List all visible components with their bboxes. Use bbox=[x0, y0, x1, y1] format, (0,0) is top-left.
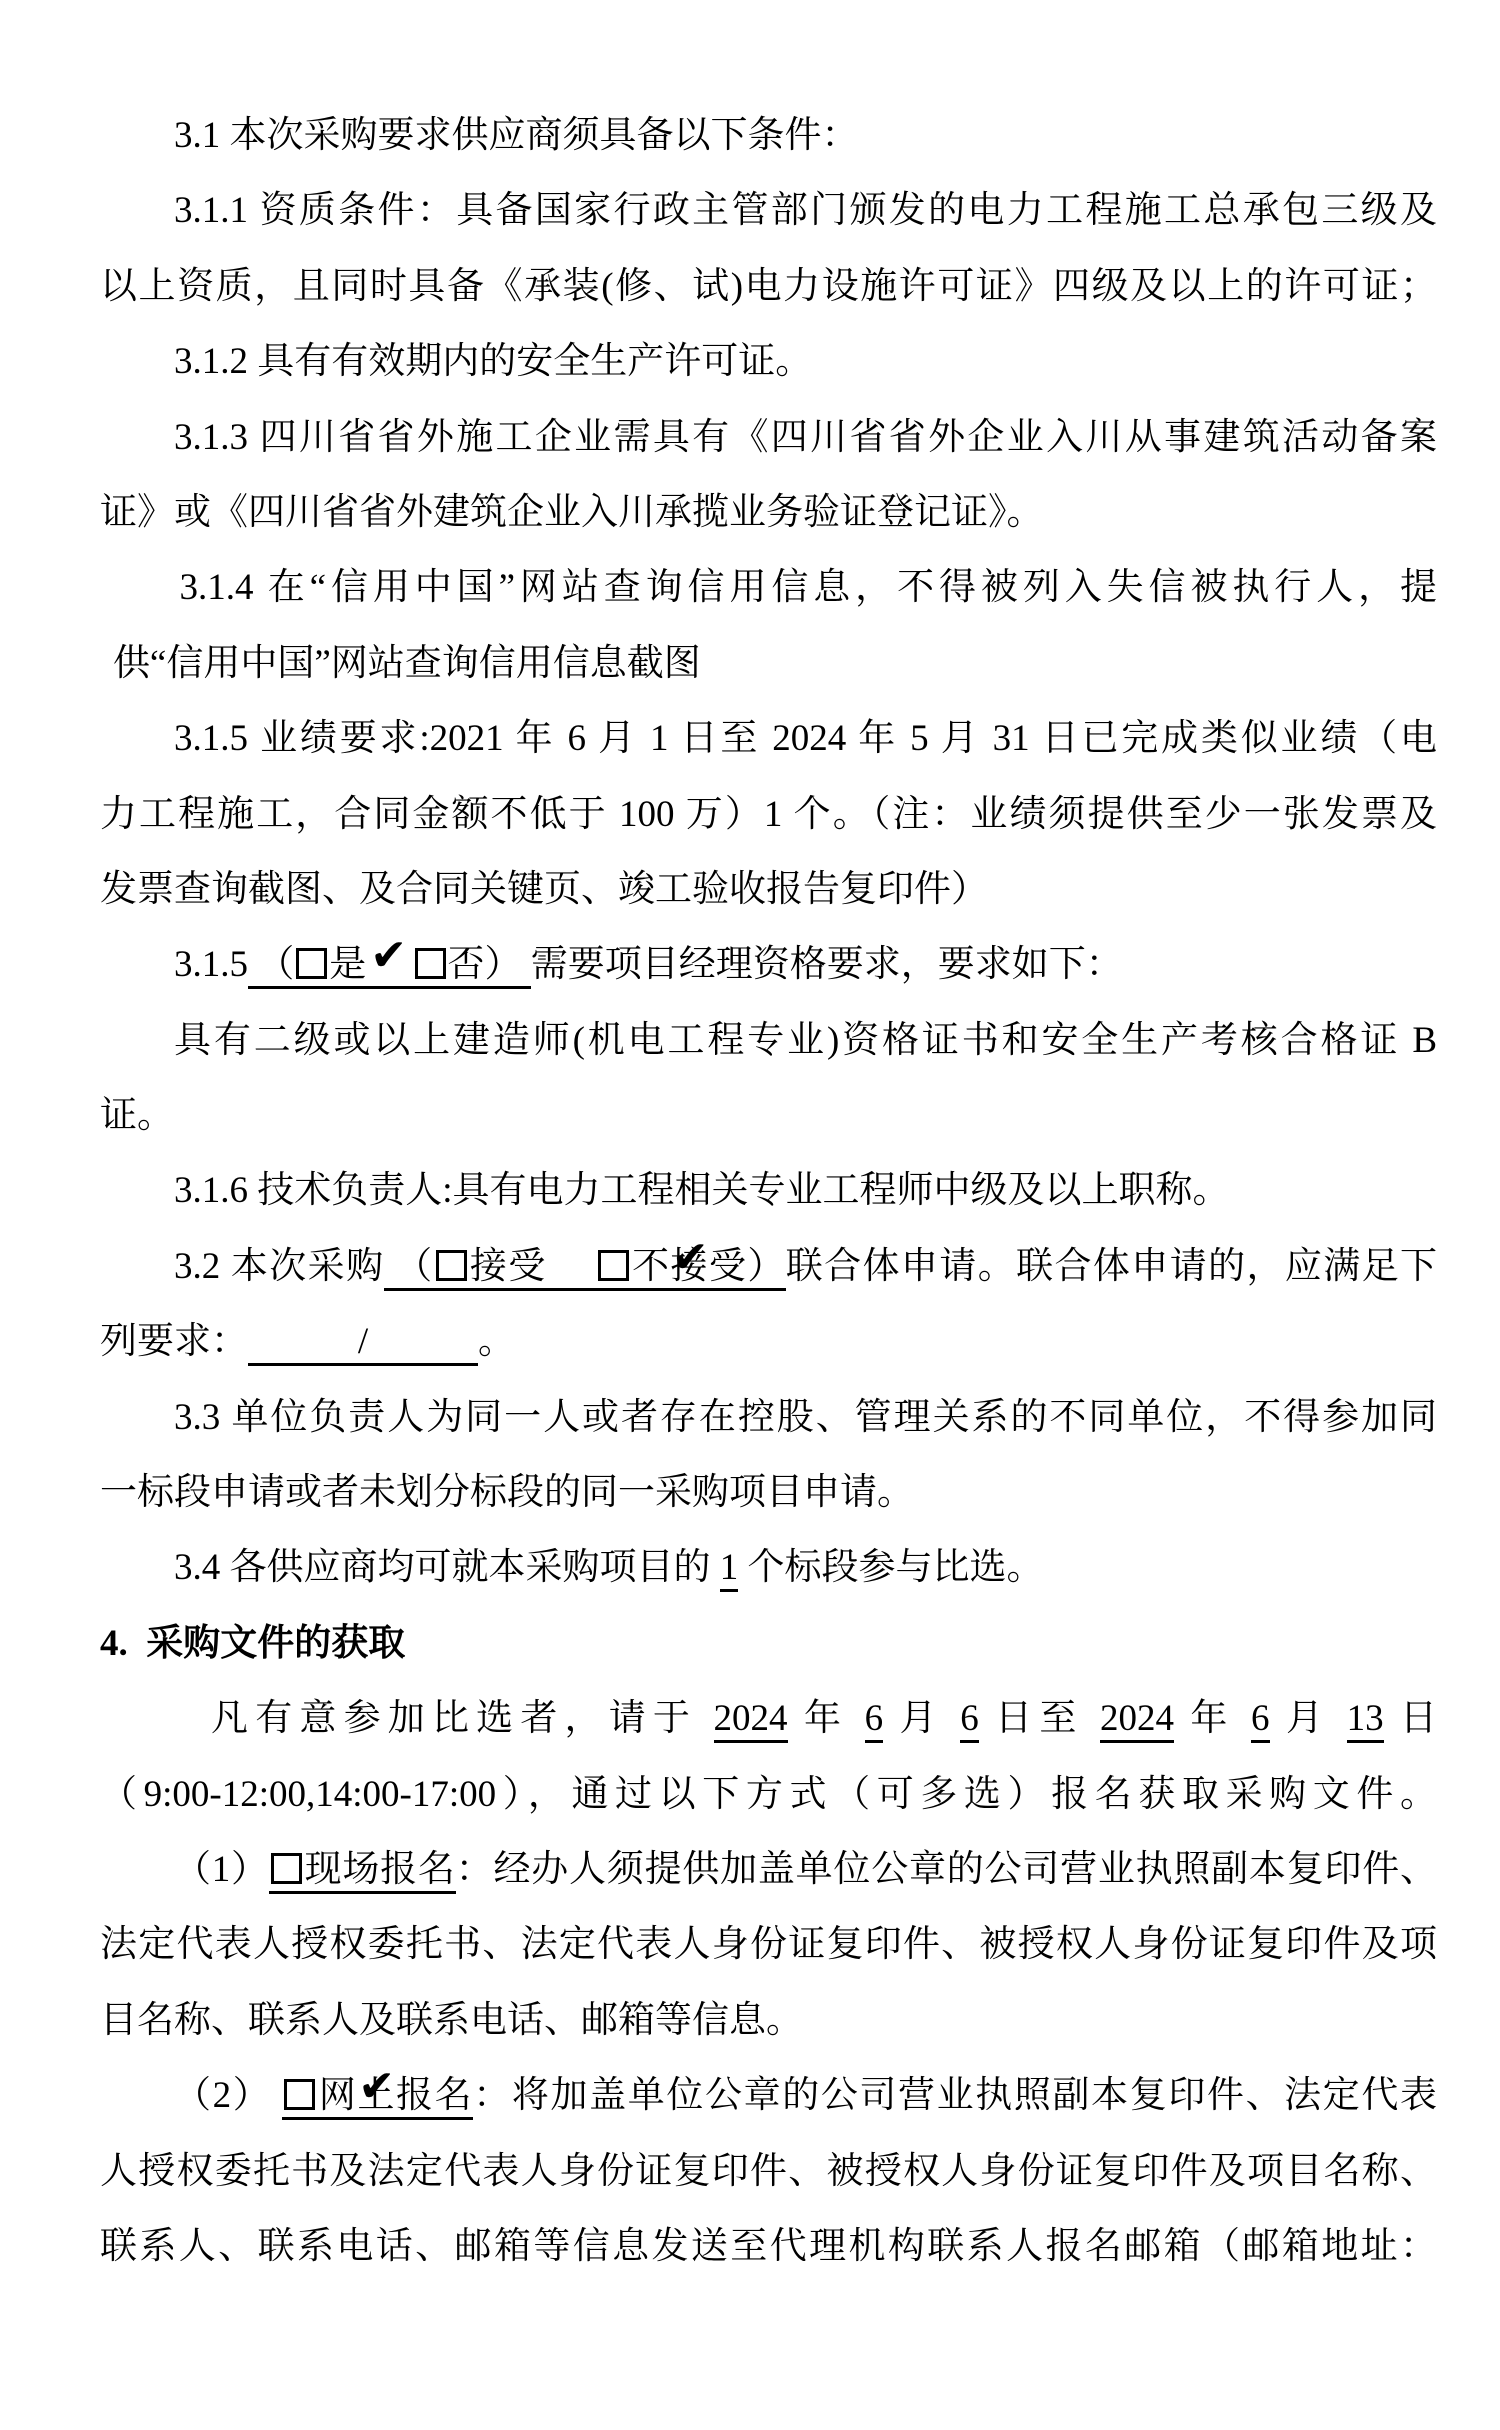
text-run: 列要求： bbox=[100, 1321, 248, 1362]
text-line: 发票查询截图、及合同关键页、竣工验收报告复印件） bbox=[100, 852, 1437, 927]
text-run: 3.4 各供应商均可就本采购项目的 bbox=[174, 1547, 720, 1588]
text-run: 日至 bbox=[979, 1698, 1100, 1739]
text-line: 联系人、联系电话、邮箱等信息发送至代理机构联系人报名邮箱（邮箱地址： bbox=[100, 2209, 1437, 2284]
text-run: 供“信用中国”网站查询信用信息截图 bbox=[113, 643, 701, 684]
underlined-segment: （是 否） bbox=[248, 944, 531, 989]
text-run: 3.3 单位负责人为同一人或者存在控股、管理关系的不同单位，不得参加同 bbox=[174, 1397, 1437, 1438]
text-run: 接受 bbox=[469, 1246, 596, 1287]
text-run: 法定代表人授权委托书、法定代表人身份证复印件、被授权人身份证复印件及项 bbox=[100, 1924, 1437, 1965]
text-run: （1） bbox=[174, 1849, 269, 1890]
text-run: 证》或《四川省省外建筑企业入川承揽业务验证登记证》。 bbox=[100, 492, 1044, 533]
text-line: 3.1.5 （是 否） 需要项目经理资格要求，要求如下： bbox=[100, 927, 1437, 1002]
text-run: 3.1.3 四川省省外施工企业需具有《四川省省外企业入川从事建筑活动备案 bbox=[174, 417, 1437, 458]
underlined-segment: 现场报名 bbox=[269, 1849, 456, 1894]
text-run: 2024 bbox=[1100, 1698, 1174, 1743]
text-run: 一标段申请或者未划分标段的同一采购项目申请。 bbox=[100, 1472, 914, 1513]
text-run: 月 bbox=[883, 1698, 960, 1739]
text-line: 3.2 本次采购 （接受 不接受）联合体申请。联合体申请的，应满足下 bbox=[100, 1229, 1437, 1304]
text-run: 4. 采购文件的获取 bbox=[100, 1623, 405, 1664]
text-run: ：将加盖单位公章的公司营业执照副本复印件、法定代表 bbox=[473, 2075, 1437, 2116]
text-run: 联系人、联系电话、邮箱等信息发送至代理机构联系人报名邮箱（邮箱地址： bbox=[100, 2226, 1437, 2267]
text-run: 3.1.1 资质条件：具备国家行政主管部门颁发的电力工程施工总承包三级及 bbox=[174, 190, 1437, 231]
text-run: （9:00-12:00,14:00-17:00），通过以下方式（可多选）报名获取… bbox=[100, 1774, 1437, 1815]
text-run: 6 bbox=[960, 1698, 979, 1743]
underlined-segment: 网上报名 bbox=[282, 2075, 473, 2120]
text-line: 证。 bbox=[100, 1078, 1437, 1153]
checkbox-empty-icon bbox=[271, 1853, 302, 1884]
text-run: 6 bbox=[1251, 1698, 1270, 1743]
text-run: 月 bbox=[1270, 1698, 1347, 1739]
text-run: 3.1 本次采购要求供应商须具备以下条件： bbox=[174, 115, 859, 156]
text-run: 现场报名 bbox=[304, 1849, 456, 1890]
checkbox-empty-icon bbox=[436, 1250, 467, 1281]
text-line: 目名称、联系人及联系电话、邮箱等信息。 bbox=[100, 1983, 1437, 2058]
text-run: 3.1.6 技术负责人:具有电力工程相关专业工程师中级及以上职称。 bbox=[174, 1170, 1230, 1211]
blank-line-field: / bbox=[248, 1322, 478, 1366]
text-line: 具有二级或以上建造师(机电工程专业)资格证书和安全生产考核合格证 B bbox=[100, 1003, 1437, 1078]
text-line: 供“信用中国”网站查询信用信息截图 bbox=[100, 626, 1437, 701]
text-line: （9:00-12:00,14:00-17:00），通过以下方式（可多选）报名获取… bbox=[100, 1757, 1437, 1832]
text-run: ：经办人须提供加盖单位公章的公司营业执照副本复印件、 bbox=[456, 1849, 1437, 1890]
text-line: 3.1.4 在“信用中国”网站查询信用信息，不得被列入失信被执行人，提 bbox=[100, 550, 1437, 625]
text-run: 发票查询截图、及合同关键页、竣工验收报告复印件） bbox=[100, 869, 988, 910]
text-line: 凡有意参加比选者，请于 2024 年 6 月 6 日至 2024 年 6 月 1… bbox=[100, 1681, 1437, 1756]
text-line: 一标段申请或者未划分标段的同一采购项目申请。 bbox=[100, 1455, 1437, 1530]
text-run: 。 bbox=[478, 1321, 515, 1362]
checkbox-checked-icon bbox=[296, 948, 327, 979]
text-run: 日 bbox=[1384, 1698, 1437, 1739]
text-run: 人授权委托书及法定代表人身份证复印件、被授权人身份证复印件及项目名称、 bbox=[100, 2151, 1437, 2192]
text-line: 3.1.2 具有有效期内的安全生产许可证。 bbox=[100, 324, 1437, 399]
text-run: 3.2 本次采购 bbox=[174, 1246, 384, 1287]
text-line: 3.4 各供应商均可就本采购项目的 1 个标段参与比选。 bbox=[100, 1530, 1437, 1605]
text-run: 联合体申请。联合体申请的，应满足下 bbox=[786, 1246, 1437, 1287]
text-line: 以上资质，且同时具备《承装(修、试)电力设施许可证》四级及以上的许可证； bbox=[100, 249, 1437, 324]
text-line: 法定代表人授权委托书、法定代表人身份证复印件、被授权人身份证复印件及项 bbox=[100, 1907, 1437, 1982]
text-run: （ bbox=[248, 944, 294, 985]
text-line: 3.3 单位负责人为同一人或者存在控股、管理关系的不同单位，不得参加同 bbox=[100, 1380, 1437, 1455]
text-line: 3.1 本次采购要求供应商须具备以下条件： bbox=[100, 98, 1437, 173]
text-run: 否） bbox=[448, 944, 531, 985]
text-line: 3.1.5 业绩要求:2021 年 6 月 1 日至 2024 年 5 月 31… bbox=[100, 701, 1437, 776]
document-page: 3.1 本次采购要求供应商须具备以下条件：3.1.1 资质条件：具备国家行政主管… bbox=[0, 0, 1500, 2430]
text-run: 1 bbox=[720, 1547, 739, 1592]
text-line: 证》或《四川省省外建筑企业入川承揽业务验证登记证》。 bbox=[100, 475, 1437, 550]
text-run: 3.1.2 具有有效期内的安全生产许可证。 bbox=[174, 341, 812, 382]
text-run: 2024 bbox=[714, 1698, 788, 1743]
text-run: 力工程施工，合同金额不低于 100 万）1 个。（注：业绩须提供至少一张发票及 bbox=[100, 794, 1437, 835]
text-line: （1）现场报名：经办人须提供加盖单位公章的公司营业执照副本复印件、 bbox=[100, 1832, 1437, 1907]
text-line: （2） 网上报名：将加盖单位公章的公司营业执照副本复印件、法定代表 bbox=[100, 2058, 1437, 2133]
text-run: 3.1.5 业绩要求:2021 年 6 月 1 日至 2024 年 5 月 31… bbox=[174, 718, 1437, 759]
text-line: 人授权委托书及法定代表人身份证复印件、被授权人身份证复印件及项目名称、 bbox=[100, 2134, 1437, 2209]
text-line: 3.1.3 四川省省外施工企业需具有《四川省省外企业入川从事建筑活动备案 bbox=[100, 400, 1437, 475]
text-run: 凡有意参加比选者，请于 bbox=[211, 1698, 714, 1739]
checkbox-empty-icon bbox=[415, 948, 446, 979]
text-run: 以上资质，且同时具备《承装(修、试)电力设施许可证》四级及以上的许可证； bbox=[100, 266, 1437, 307]
text-run: 3.1.4 在“信用中国”网站查询信用信息，不得被列入失信被执行人，提 bbox=[180, 567, 1437, 608]
text-run: 6 bbox=[865, 1698, 884, 1743]
text-run: （ bbox=[384, 1246, 433, 1287]
text-line: 3.1.1 资质条件：具备国家行政主管部门颁发的电力工程施工总承包三级及 bbox=[100, 173, 1437, 248]
text-run: 目名称、联系人及联系电话、邮箱等信息。 bbox=[100, 2000, 803, 2041]
document-body: 3.1 本次采购要求供应商须具备以下条件：3.1.1 资质条件：具备国家行政主管… bbox=[100, 98, 1437, 2284]
text-run: 需要项目经理资格要求，要求如下： bbox=[531, 944, 1123, 985]
checkbox-checked-icon bbox=[284, 2079, 315, 2110]
text-run: 3.1.5 bbox=[174, 944, 248, 985]
text-line: 列要求：/。 bbox=[100, 1304, 1437, 1379]
text-line: 4. 采购文件的获取 bbox=[100, 1606, 1437, 1681]
checkbox-checked-icon bbox=[598, 1250, 629, 1281]
underlined-segment: （接受 不接受） bbox=[384, 1246, 785, 1291]
text-run: 个标段参与比选。 bbox=[738, 1547, 1043, 1588]
text-run: 具有二级或以上建造师(机电工程专业)资格证书和安全生产考核合格证 B bbox=[174, 1020, 1437, 1061]
text-line: 3.1.6 技术负责人:具有电力工程相关专业工程师中级及以上职称。 bbox=[100, 1153, 1437, 1228]
text-run: 证。 bbox=[100, 1095, 174, 1136]
text-line: 力工程施工，合同金额不低于 100 万）1 个。（注：业绩须提供至少一张发票及 bbox=[100, 777, 1437, 852]
text-run: （2） bbox=[174, 2075, 282, 2116]
text-run: 年 bbox=[1174, 1698, 1251, 1739]
text-run: 13 bbox=[1347, 1698, 1384, 1743]
text-run: 年 bbox=[788, 1698, 865, 1739]
